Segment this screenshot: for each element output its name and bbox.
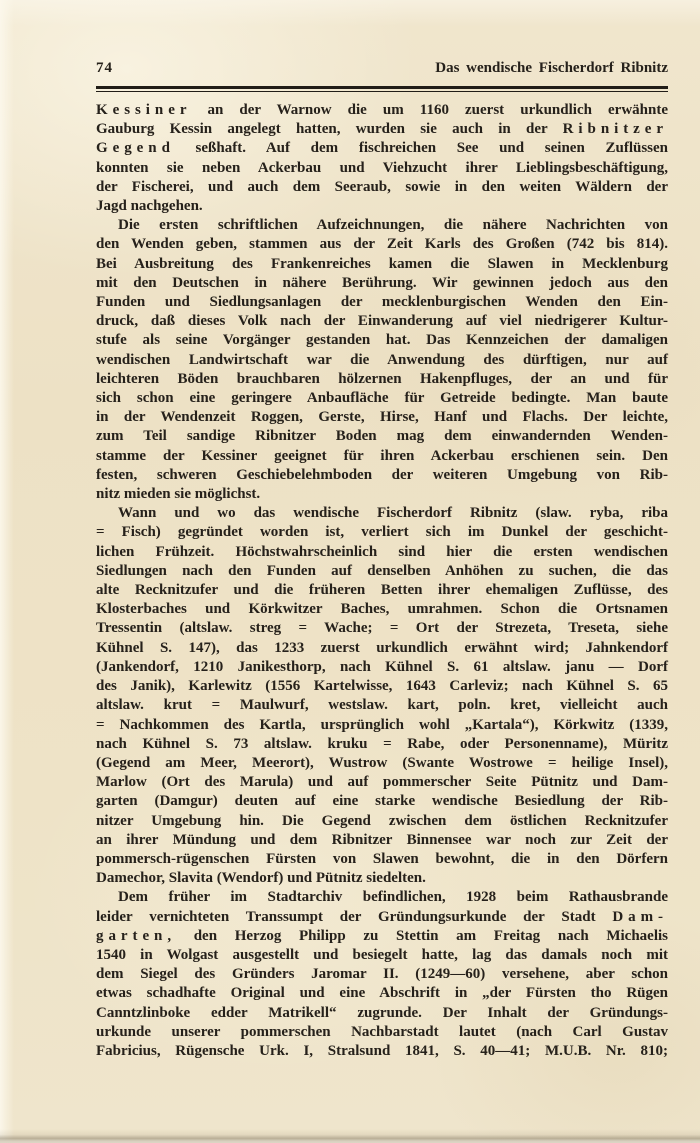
paragraph: Die ersten schriftlichen Aufzeichnungen,… (96, 216, 668, 504)
text-line: nitz mieden sie möglichst. (96, 485, 668, 504)
paragraph: Kessiner an der Warnow die um 1160 zuers… (96, 101, 668, 216)
text-line: der Fischerei, und auch dem Seeraub, sow… (96, 178, 668, 197)
text-line: den Wenden geben, stammen aus der Zeit K… (96, 235, 668, 254)
text-segment: Kühnel S. 147), das 1233 zuerst urkundli… (96, 640, 668, 656)
text-line: nitzer Umgebung hin. Die Gegend zwischen… (96, 812, 668, 831)
text-line: wendischen Landwirtschaft war die Anwend… (96, 351, 668, 370)
text-segment: = Nachkommen des Kartla, ursprünglich wo… (96, 717, 668, 733)
paragraph: Dem früher im Stadtarchiv befindlichen, … (96, 888, 668, 1061)
text-segment: leichteren Böden brauchbaren hölzernen H… (96, 371, 668, 387)
text-segment: den Wenden geben, stammen aus der Zeit K… (96, 236, 668, 252)
text-line: an ihrer Mündung und dem Ribnitzer Binne… (96, 831, 668, 850)
letterspaced-text: Ribnitzer (563, 121, 668, 137)
text-line: des Janik), Karlewitz (1556 Kartelwisse,… (96, 677, 668, 696)
text-segment: sich schon eine geringere Anbaufläche fü… (96, 390, 668, 406)
text-line: Bei Ausbreitung des Frankenreiches kamen… (96, 255, 668, 274)
text-line: = Fisch) gegründet worden ist, verliert … (96, 523, 668, 542)
text-segment: altslaw. krut = Maulwurf, westslaw. kart… (96, 697, 668, 713)
text-line: (Jankendorf, 1210 Janikesthorp, nach Küh… (96, 658, 668, 677)
text-line: druck, daß dieses Volk nach der Einwande… (96, 312, 668, 331)
text-segment: Klosterbaches und Körkwitzer Baches, umr… (96, 601, 668, 617)
text-line: Kessiner an der Warnow die um 1160 zuers… (96, 101, 668, 120)
text-line: konnten sie neben Ackerbau und Viehzucht… (96, 159, 668, 178)
text-segment: Tressentin (altslaw. streg = Wache; = Or… (96, 620, 668, 636)
text-segment: pommersch-rügenschen Fürsten von Slawen … (96, 851, 668, 867)
text-line: festen, schweren Geschiebelehmboden der … (96, 466, 668, 485)
text-line: Marlow (Ort des Marula) und auf pommersc… (96, 773, 668, 792)
text-segment: Canntzlinboke edder Matrikell“ zugrunde.… (96, 1005, 668, 1021)
text-line: Kühnel S. 147), das 1233 zuerst urkundli… (96, 639, 668, 658)
text-line: in der Wendenzeit Roggen, Gerste, Hirse,… (96, 408, 668, 427)
text-line: Gauburg Kessin angelegt hatten, wurden s… (96, 120, 668, 139)
text-line: Die ersten schriftlichen Aufzeichnungen,… (96, 216, 668, 235)
text-segment: (Gegend am Meer, Meerort), Wustrow (Swan… (96, 755, 668, 771)
text-line: Funden und Siedlungsanlagen der mecklenb… (96, 293, 668, 312)
text-line: Fabricius, Rügensche Urk. I, Stralsund 1… (96, 1042, 668, 1061)
text-line: lichen Frühzeit. Höchstwahrscheinlich si… (96, 543, 668, 562)
text-segment: Funden und Siedlungsanlagen der mecklenb… (96, 294, 668, 310)
text-segment: Gauburg Kessin angelegt hatten, wurden s… (96, 121, 563, 137)
text-segment: lichen Frühzeit. Höchstwahrscheinlich si… (96, 544, 668, 560)
page-number: 74 (96, 60, 113, 77)
text-line: Dem früher im Stadtarchiv befindlichen, … (96, 888, 668, 907)
text-segment: Wann und wo das wendische Fischerdorf Ri… (118, 505, 668, 521)
text-segment: Damechor, Slavita (Wendorf) und Pütnitz … (96, 870, 426, 886)
paragraph: Wann und wo das wendische Fischerdorf Ri… (96, 504, 668, 888)
letterspaced-text: Dam- (612, 909, 668, 925)
text-segment: der Fischerei, und auch dem Seeraub, sow… (96, 179, 668, 195)
scan-edge-bottom (0, 1129, 700, 1143)
text-segment: konnten sie neben Ackerbau und Viehzucht… (96, 160, 668, 176)
scanned-book-page: 74 Das wendische Fischerdorf Ribnitz Kes… (0, 0, 700, 1143)
text-segment: alte Recknitzufer und die früheren Bette… (96, 582, 668, 598)
text-line: Klosterbaches und Körkwitzer Baches, umr… (96, 600, 668, 619)
text-line: etwas schadhafte Original und eine Absch… (96, 984, 668, 1003)
text-segment: druck, daß dieses Volk nach der Einwande… (96, 313, 668, 329)
letterspaced-text: garten, (96, 928, 176, 944)
running-title: Das wendische Fischerdorf Ribnitz (435, 60, 668, 77)
text-segment: Fabricius, Rügensche Urk. I, Stralsund 1… (96, 1043, 668, 1059)
text-segment: an der Warnow die um 1160 zuerst urkundl… (191, 102, 668, 118)
text-segment: dem Siegel des Gründers Jaromar II. (124… (96, 966, 668, 982)
text-line: Wann und wo das wendische Fischerdorf Ri… (96, 504, 668, 523)
text-segment: zum Teil sandige Ribnitzer Boden mag dem… (96, 428, 668, 444)
text-segment: des Janik), Karlewitz (1556 Kartelwisse,… (96, 678, 668, 694)
text-line: 1540 in Wolgast ausgestellt und besiegel… (96, 946, 668, 965)
text-segment: nach Kühnel S. 73 altslaw. kruku = Rabe,… (96, 736, 668, 752)
text-line: alte Recknitzufer und die früheren Bette… (96, 581, 668, 600)
text-segment: Die ersten schriftlichen Aufzeichnungen,… (118, 217, 668, 233)
text-segment: seßhaft. Auf dem fischreichen See und se… (175, 140, 668, 156)
text-segment: an ihrer Mündung und dem Ribnitzer Binne… (96, 832, 668, 848)
text-line: = Nachkommen des Kartla, ursprünglich wo… (96, 716, 668, 735)
text-segment: Dem früher im Stadtarchiv befindlichen, … (118, 889, 668, 905)
text-segment: 1540 in Wolgast ausgestellt und besiegel… (96, 947, 668, 963)
text-line: dem Siegel des Gründers Jaromar II. (124… (96, 965, 668, 984)
text-line: stamme der Kessiner geeignet für ihren A… (96, 447, 668, 466)
text-segment: nitz mieden sie möglichst. (96, 486, 260, 502)
text-line: leichteren Böden brauchbaren hölzernen H… (96, 370, 668, 389)
scan-edge-top (0, 0, 700, 26)
text-line: garten (Damgur) deuten auf eine starke w… (96, 792, 668, 811)
text-line: leider vernichteten Transsumpt der Gründ… (96, 908, 668, 927)
text-segment: in der Wendenzeit Roggen, Gerste, Hirse,… (96, 409, 668, 425)
text-line: Tressentin (altslaw. streg = Wache; = Or… (96, 619, 668, 638)
text-segment: festen, schweren Geschiebelehmboden der … (96, 467, 668, 483)
text-line: altslaw. krut = Maulwurf, westslaw. kart… (96, 696, 668, 715)
text-line: Damechor, Slavita (Wendorf) und Pütnitz … (96, 869, 668, 888)
text-segment: stufe als seine Vorgänger gestanden hat.… (96, 332, 668, 348)
text-segment: garten (Damgur) deuten auf eine starke w… (96, 793, 668, 809)
text-segment: Jagd nachgehen. (96, 198, 203, 214)
text-line: stufe als seine Vorgänger gestanden hat.… (96, 331, 668, 350)
text-segment: wendischen Landwirtschaft war die Anwend… (96, 352, 668, 368)
text-line: zum Teil sandige Ribnitzer Boden mag dem… (96, 427, 668, 446)
text-segment: Bei Ausbreitung des Frankenreiches kamen… (96, 256, 668, 272)
text-line: mit den Deutschen in nähere Berührung. W… (96, 274, 668, 293)
text-line: pommersch-rügenschen Fürsten von Slawen … (96, 850, 668, 869)
text-segment: den Herzog Philipp zu Stettin am Freitag… (176, 928, 668, 944)
page-header: 74 Das wendische Fischerdorf Ribnitz (96, 60, 668, 77)
text-segment: (Jankendorf, 1210 Janikesthorp, nach Küh… (96, 659, 668, 675)
text-line: (Gegend am Meer, Meerort), Wustrow (Swan… (96, 754, 668, 773)
text-line: garten, den Herzog Philipp zu Stettin am… (96, 927, 668, 946)
text-line: sich schon eine geringere Anbaufläche fü… (96, 389, 668, 408)
letterspaced-text: Kessiner (96, 102, 191, 118)
text-line: nach Kühnel S. 73 altslaw. kruku = Rabe,… (96, 735, 668, 754)
header-rule (96, 86, 668, 92)
text-segment: mit den Deutschen in nähere Berührung. W… (96, 275, 668, 291)
text-line: urkunde unserer pommerschen Nachbarstadt… (96, 1023, 668, 1042)
letterspaced-text: Gegend (96, 140, 175, 156)
text-segment: Siedlungen nach den Funden auf denselben… (96, 563, 668, 579)
text-segment: leider vernichteten Transsumpt der Gründ… (96, 909, 612, 925)
text-segment: etwas schadhafte Original und eine Absch… (96, 985, 668, 1001)
text-line: Siedlungen nach den Funden auf denselben… (96, 562, 668, 581)
text-segment: stamme der Kessiner geeignet für ihren A… (96, 448, 668, 464)
text-segment: = Fisch) gegründet worden ist, verliert … (96, 524, 668, 540)
text-segment: Marlow (Ort des Marula) und auf pommersc… (96, 774, 668, 790)
text-line: Canntzlinboke edder Matrikell“ zugrunde.… (96, 1004, 668, 1023)
text-line: Gegend seßhaft. Auf dem fischreichen See… (96, 139, 668, 158)
text-segment: nitzer Umgebung hin. Die Gegend zwischen… (96, 813, 668, 829)
text-line: Jagd nachgehen. (96, 197, 668, 216)
text-body: Kessiner an der Warnow die um 1160 zuers… (96, 101, 668, 1061)
text-segment: urkunde unserer pommerschen Nachbarstadt… (96, 1024, 668, 1040)
scan-edge-left (0, 0, 14, 1143)
